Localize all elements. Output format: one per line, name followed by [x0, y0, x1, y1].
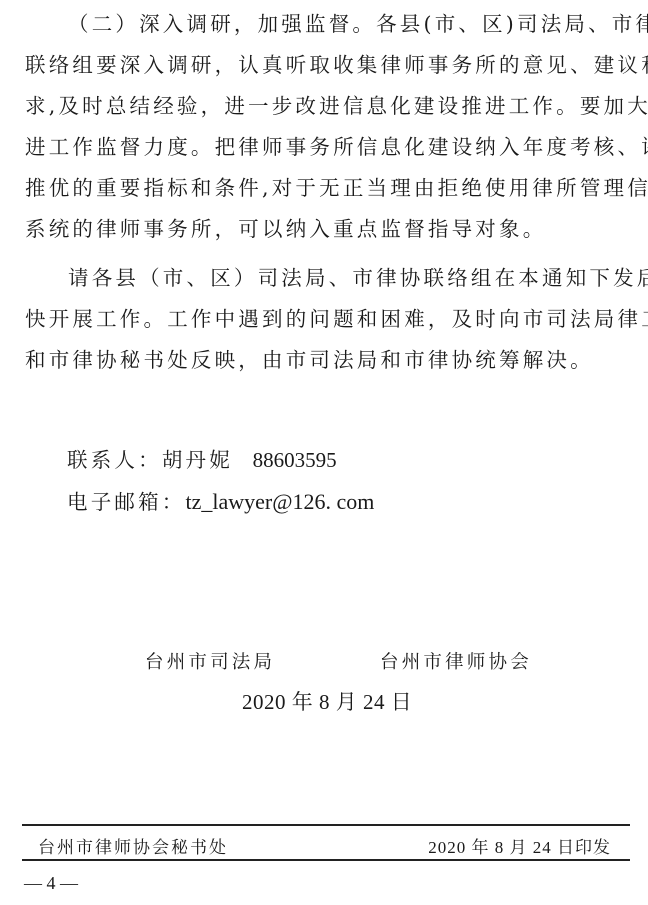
paragraph-2-line-3: 和市律协秘书处反映，由市司法局和市律协统筹解决。 — [25, 348, 594, 372]
signature-org-lawyers-association: 台州市律师协会 — [380, 651, 532, 675]
contact-phone: 88603595 — [253, 448, 337, 472]
paragraph-1-line-4: 进工作监督力度。把律师事务所信息化建设纳入年度考核、评先 — [25, 135, 648, 159]
paragraph-1-line-2: 联络组要深入调研，认真听取收集律师事务所的意见、建议和诉 — [25, 53, 648, 77]
paragraph-1-line-3: 求,及时总结经验，进一步改进信息化建设推进工作。要加大推 — [25, 94, 648, 118]
signature-org-justice-bureau: 台州市司法局 — [145, 651, 275, 675]
page-number: — 4 — — [24, 873, 78, 894]
contact-person: 联系人：胡丹妮 88603595 — [67, 448, 337, 472]
footer-issue-date: 2020 年 8 月 24 日印发 — [428, 833, 611, 858]
contact-email-row: 电子邮箱：tz_lawyer@126. com — [67, 490, 374, 514]
paragraph-1-line-5: 推优的重要指标和条件,对于无正当理由拒绝使用律所管理信息 — [25, 176, 648, 200]
contact-email-label: 电子邮箱： — [67, 490, 186, 514]
signature-date: 2020 年 8 月 24 日 — [242, 690, 412, 714]
paragraph-1-line-1: （二）深入调研，加强监督。各县(市、区)司法局、市律协 — [68, 12, 648, 36]
contact-person-name: 胡丹妮 — [162, 448, 233, 472]
paragraph-2-line-1: 请各县（市、区）司法局、市律协联络组在本通知下发后尽 — [68, 266, 648, 290]
footer-issuer: 台州市律师协会秘书处 — [38, 833, 228, 858]
paragraph-1-line-6: 系统的律师事务所，可以纳入重点监督指导对象。 — [25, 217, 546, 241]
paragraph-2-line-2: 快开展工作。工作中遇到的问题和困难，及时向市司法局律工处 — [25, 307, 648, 331]
contact-person-label: 联系人： — [67, 448, 162, 472]
footer-bottom-rule — [22, 859, 630, 861]
footer-top-rule — [22, 824, 630, 826]
contact-email: tz_lawyer@126. com — [186, 489, 375, 514]
